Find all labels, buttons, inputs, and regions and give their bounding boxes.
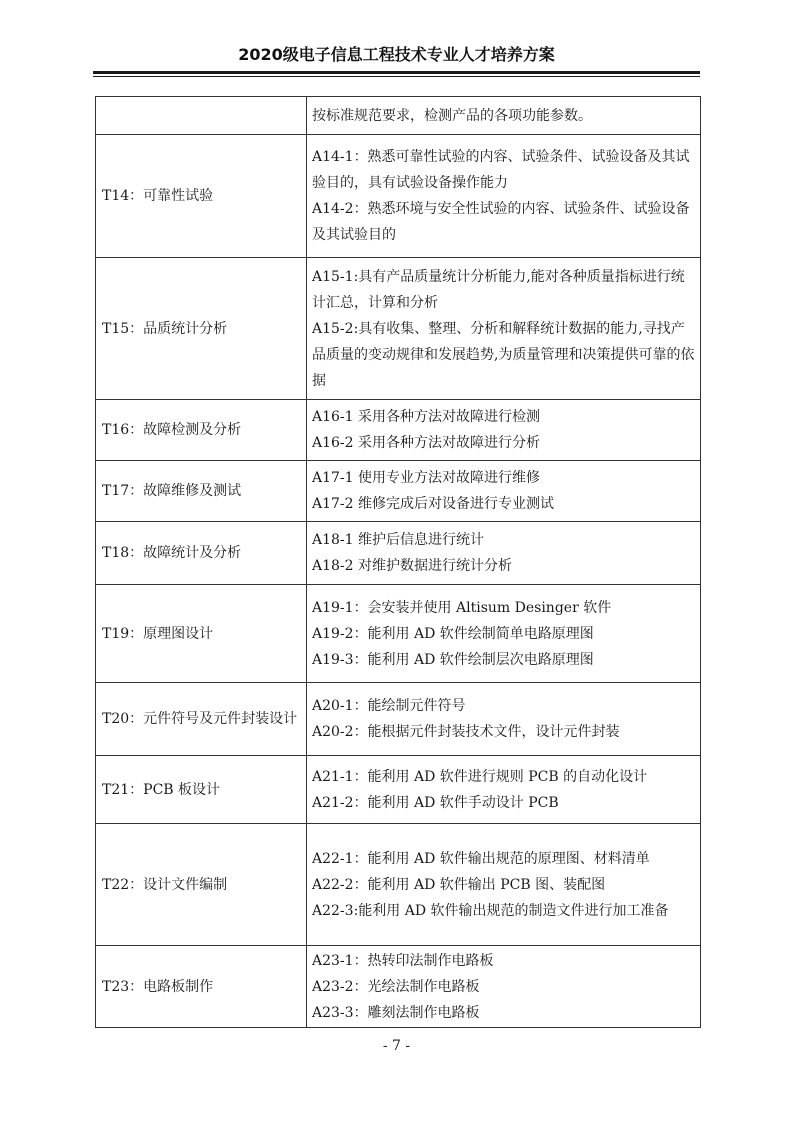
ability-item: A17-2 维修完成后对设备进行专业测试 bbox=[312, 491, 695, 517]
ability-item: A17-1 使用专业方法对故障进行维修 bbox=[312, 465, 695, 491]
task-cell: T16：故障检测及分析 bbox=[96, 400, 307, 460]
ability-cell: A23-1：热转印法制作电路板A23-2：光绘法制作电路板A23-3：雕刻法制作… bbox=[307, 946, 700, 1027]
ability-item: A16-1 采用各种方法对故障进行检测 bbox=[312, 404, 695, 430]
ability-item: A21-1：能利用 AD 软件进行规则 PCB 的自动化设计 bbox=[312, 764, 695, 790]
task-cell: T17：故障维修及测试 bbox=[96, 461, 307, 521]
ability-cell: A18-1 维护后信息进行统计A18-2 对维护数据进行统计分析 bbox=[307, 522, 700, 584]
ability-item: A18-1 维护后信息进行统计 bbox=[312, 527, 695, 553]
ability-item: 按标准规范要求，检测产品的各项功能参数。 bbox=[312, 103, 695, 129]
table-row: T17：故障维修及测试A17-1 使用专业方法对故障进行维修A17-2 维修完成… bbox=[96, 461, 700, 522]
ability-cell: A22-1：能利用 AD 软件输出规范的原理图、材料清单A22-2：能利用 AD… bbox=[307, 824, 700, 945]
header-rule-thin bbox=[93, 76, 700, 77]
ability-item: A21-2：能利用 AD 软件手动设计 PCB bbox=[312, 790, 695, 816]
table-row: T22：设计文件编制A22-1：能利用 AD 软件输出规范的原理图、材料清单A2… bbox=[96, 824, 700, 946]
ability-item: A22-2：能利用 AD 软件输出 PCB 图、装配图 bbox=[312, 872, 695, 898]
ability-item: A23-2：光绘法制作电路板 bbox=[312, 974, 695, 1000]
ability-cell: A15-1:具有产品质量统计分析能力,能对各种质量指标进行统计汇总，计算和分析A… bbox=[307, 258, 700, 399]
ability-item: A19-3：能利用 AD 软件绘制层次电路原理图 bbox=[312, 647, 695, 673]
ability-item: A22-1：能利用 AD 软件输出规范的原理图、材料清单 bbox=[312, 846, 695, 872]
table-row: T23：电路板制作A23-1：热转印法制作电路板A23-2：光绘法制作电路板A2… bbox=[96, 946, 700, 1028]
ability-cell: A21-1：能利用 AD 软件进行规则 PCB 的自动化设计A21-2：能利用 … bbox=[307, 756, 700, 823]
task-cell: T21：PCB 板设计 bbox=[96, 756, 307, 823]
ability-item: A14-2：熟悉环境与安全性试验的内容、试验条件、试验设备及其试验目的 bbox=[312, 196, 695, 248]
task-cell: T14：可靠性试验 bbox=[96, 135, 307, 257]
table-row: T19：原理图设计A19-1：会安装并使用 Altisum Desinger 软… bbox=[96, 585, 700, 683]
table-row: 按标准规范要求，检测产品的各项功能参数。 bbox=[96, 97, 700, 135]
ability-cell: A14-1：熟悉可靠性试验的内容、试验条件、试验设备及其试验目的，具有试验设备操… bbox=[307, 135, 700, 257]
task-cell bbox=[96, 97, 307, 134]
ability-cell: A17-1 使用专业方法对故障进行维修A17-2 维修完成后对设备进行专业测试 bbox=[307, 461, 700, 521]
table-row: T18：故障统计及分析A18-1 维护后信息进行统计A18-2 对维护数据进行统… bbox=[96, 522, 700, 585]
table-row: T20：元件符号及元件封装设计A20-1：能绘制元件符号A20-2：能根据元件封… bbox=[96, 683, 700, 756]
ability-item: A23-1：热转印法制作电路板 bbox=[312, 948, 695, 974]
ability-item: A23-3：雕刻法制作电路板 bbox=[312, 1000, 695, 1026]
ability-item: A19-1：会安装并使用 Altisum Desinger 软件 bbox=[312, 595, 695, 621]
ability-item: A16-2 采用各种方法对故障进行分析 bbox=[312, 430, 695, 456]
ability-cell: A19-1：会安装并使用 Altisum Desinger 软件A19-2：能利… bbox=[307, 585, 700, 682]
task-cell: T19：原理图设计 bbox=[96, 585, 307, 682]
page-header-title: 2020级电子信息工程技术专业人才培养方案 bbox=[93, 44, 700, 66]
table-row: T14：可靠性试验A14-1：熟悉可靠性试验的内容、试验条件、试验设备及其试验目… bbox=[96, 135, 700, 258]
ability-cell: A20-1：能绘制元件符号A20-2：能根据元件封装技术文件，设计元件封装 bbox=[307, 683, 700, 755]
table-row: T16：故障检测及分析A16-1 采用各种方法对故障进行检测A16-2 采用各种… bbox=[96, 400, 700, 461]
table-row: T21：PCB 板设计A21-1：能利用 AD 软件进行规则 PCB 的自动化设… bbox=[96, 756, 700, 824]
ability-item: A14-1：熟悉可靠性试验的内容、试验条件、试验设备及其试验目的，具有试验设备操… bbox=[312, 144, 695, 196]
table-row: T15：品质统计分析A15-1:具有产品质量统计分析能力,能对各种质量指标进行统… bbox=[96, 258, 700, 400]
ability-item: A20-1：能绘制元件符号 bbox=[312, 693, 695, 719]
ability-item: A20-2：能根据元件封装技术文件，设计元件封装 bbox=[312, 719, 695, 745]
task-cell: T23：电路板制作 bbox=[96, 946, 307, 1027]
ability-item: A22-3:能利用 AD 软件输出规范的制造文件进行加工准备 bbox=[312, 898, 695, 924]
task-cell: T20：元件符号及元件封装设计 bbox=[96, 683, 307, 755]
page-number: - 7 - bbox=[93, 1038, 700, 1054]
ability-cell: 按标准规范要求，检测产品的各项功能参数。 bbox=[307, 97, 700, 134]
ability-item: A15-1:具有产品质量统计分析能力,能对各种质量指标进行统计汇总，计算和分析 bbox=[312, 264, 695, 316]
task-cell: T22：设计文件编制 bbox=[96, 824, 307, 945]
ability-item: A18-2 对维护数据进行统计分析 bbox=[312, 553, 695, 579]
task-cell: T18：故障统计及分析 bbox=[96, 522, 307, 584]
header-rule-thick bbox=[93, 71, 700, 74]
task-ability-table: 按标准规范要求，检测产品的各项功能参数。T14：可靠性试验A14-1：熟悉可靠性… bbox=[95, 96, 701, 1028]
ability-item: A19-2：能利用 AD 软件绘制简单电路原理图 bbox=[312, 621, 695, 647]
ability-cell: A16-1 采用各种方法对故障进行检测A16-2 采用各种方法对故障进行分析 bbox=[307, 400, 700, 460]
task-cell: T15：品质统计分析 bbox=[96, 258, 307, 399]
ability-item: A15-2:具有收集、整理、分析和解释统计数据的能力,寻找产品质量的变动规律和发… bbox=[312, 316, 695, 394]
